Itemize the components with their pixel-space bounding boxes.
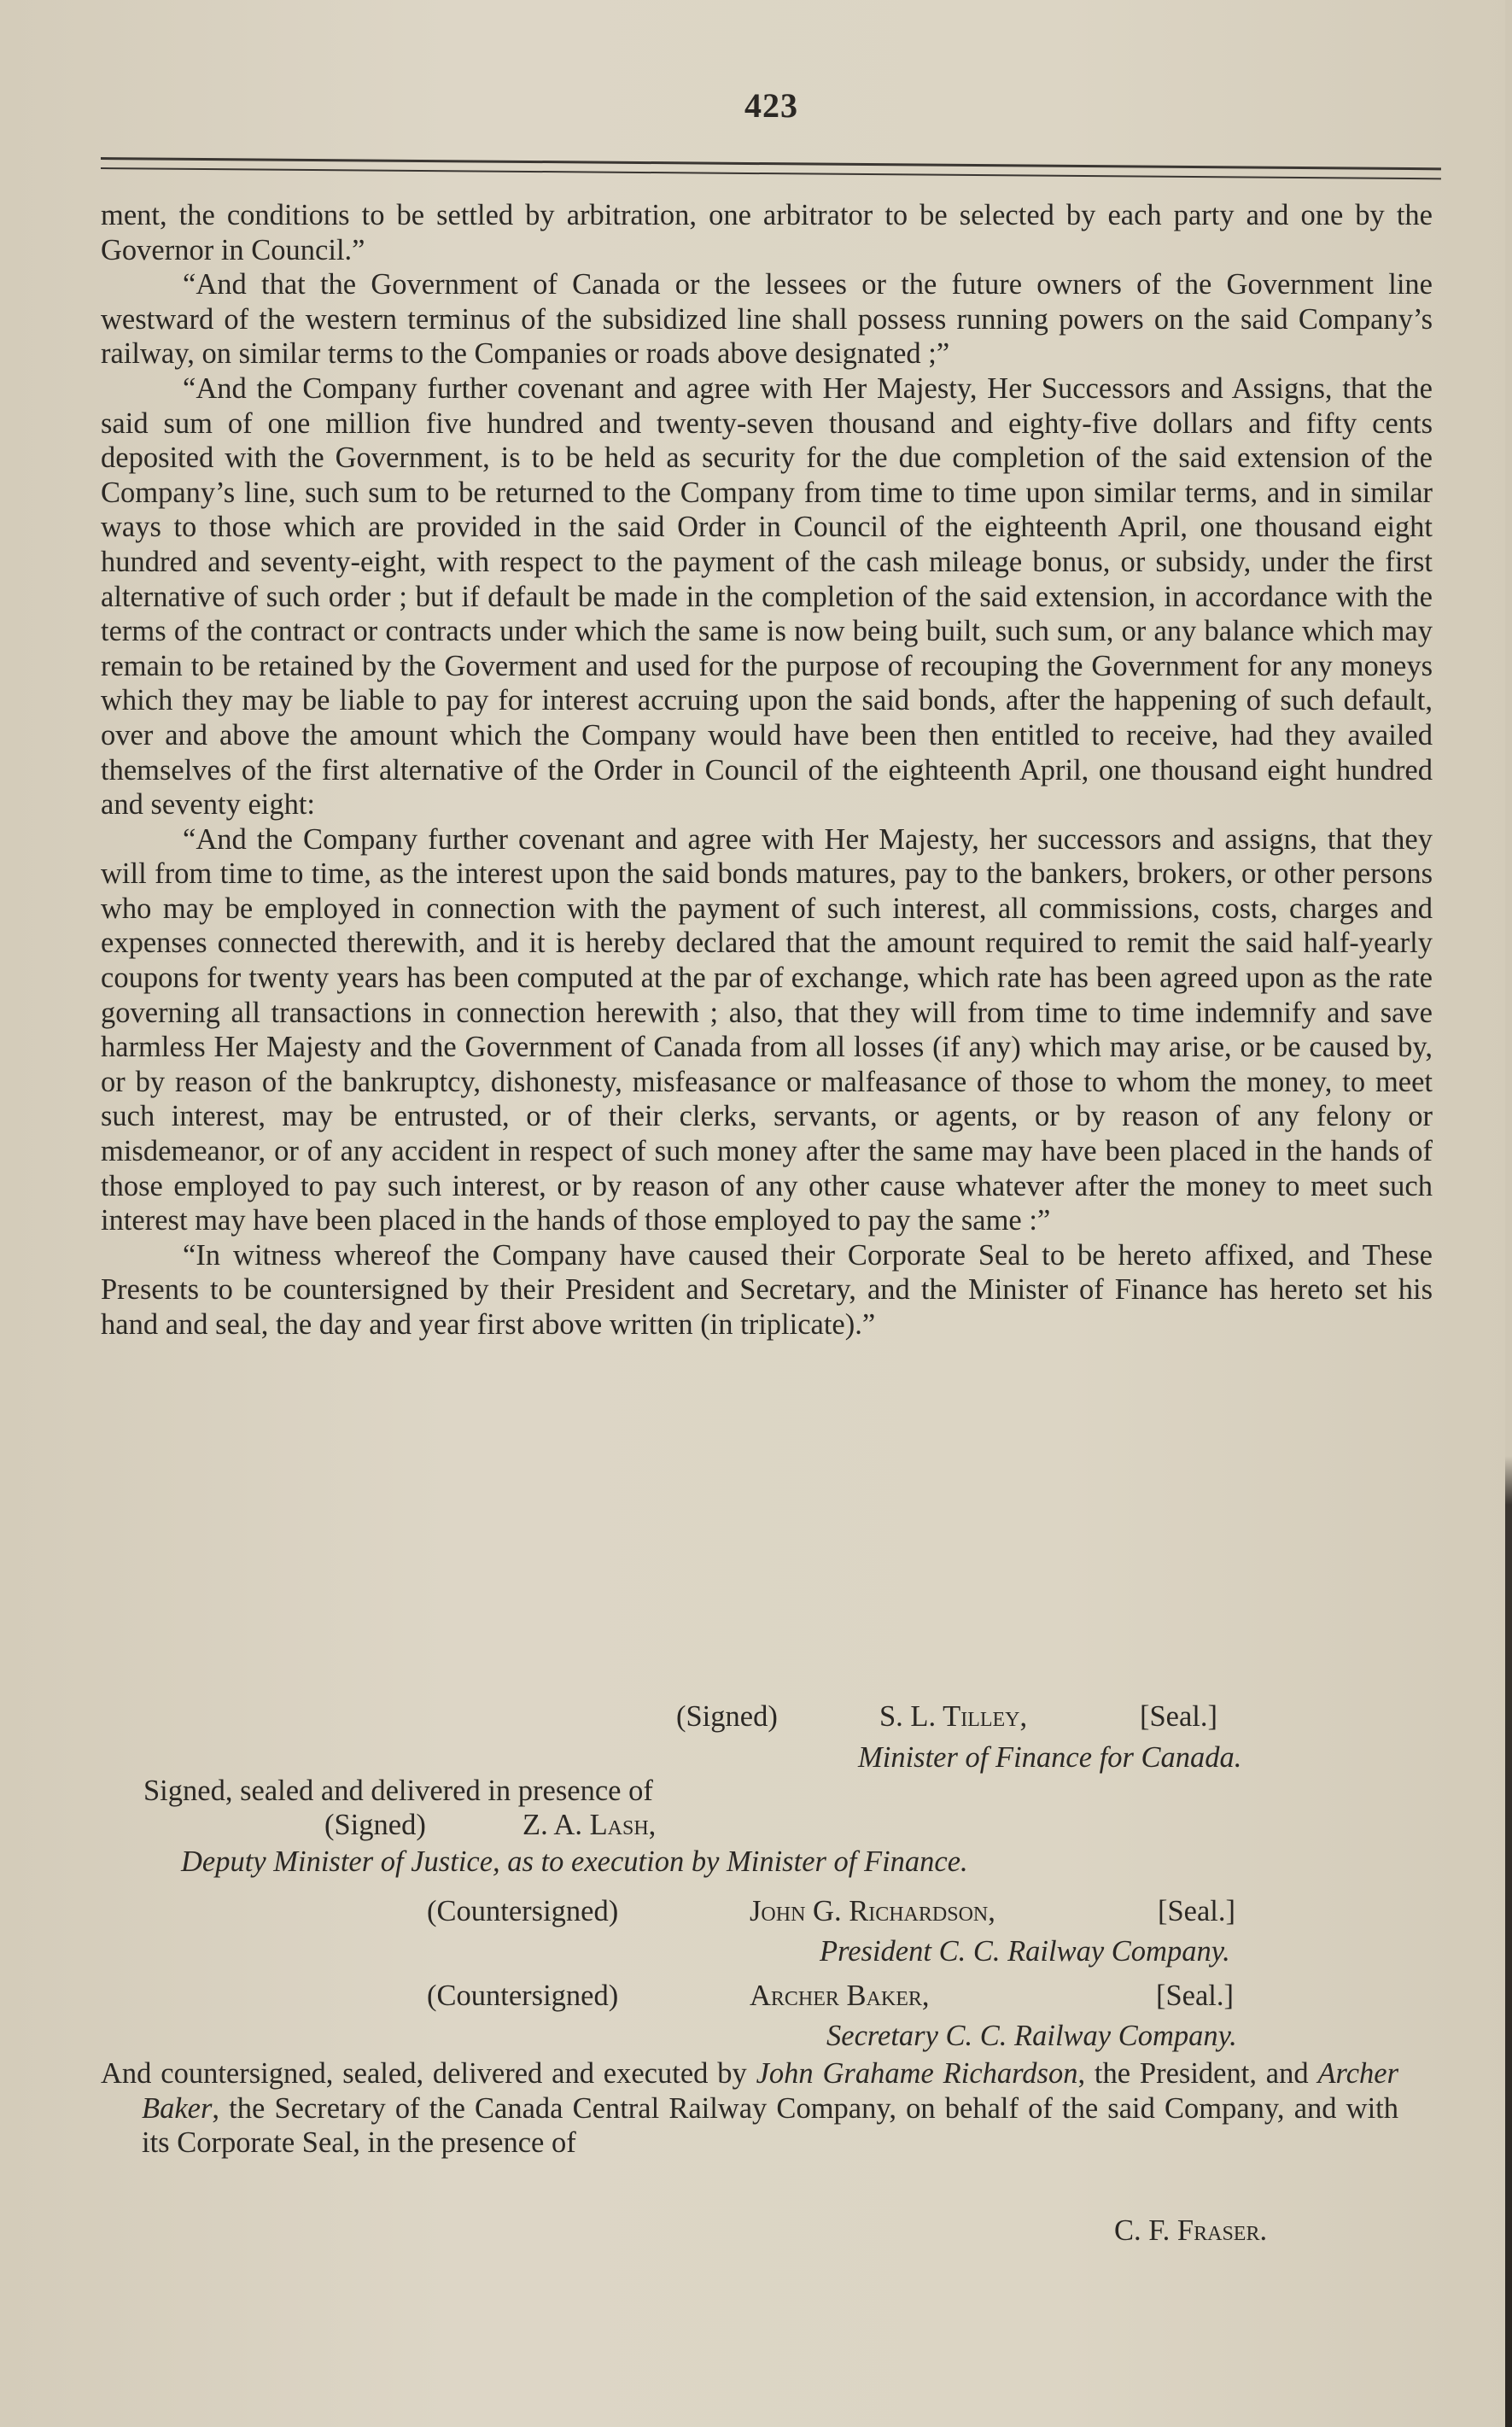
signed-label: (Signed) bbox=[676, 1699, 778, 1734]
signed-label: (Signed) bbox=[324, 1808, 426, 1842]
signatory-lash: Z. A. Lash, bbox=[522, 1808, 656, 1842]
closing-text-2: , the President, and bbox=[1077, 2057, 1317, 2090]
seal-label: [Seal.] bbox=[1156, 1979, 1234, 2013]
page-edge-shadow bbox=[1505, 0, 1512, 2427]
closing-name-richardson: John Grahame Richardson bbox=[756, 2057, 1078, 2090]
closing-text-1: And countersigned, sealed, delivered and… bbox=[101, 2057, 756, 2090]
header-rule-bottom bbox=[101, 167, 1441, 179]
body-text: ment, the conditions to be settled by ar… bbox=[101, 198, 1433, 1342]
paragraph-continuation: ment, the conditions to be settled by ar… bbox=[101, 198, 1433, 267]
paragraph-security-deposit: “And the Company further covenant and ag… bbox=[101, 371, 1433, 822]
seal-label: [Seal.] bbox=[1140, 1699, 1217, 1734]
signatory-richardson: John G. Richardson, bbox=[750, 1894, 995, 1928]
paragraph-running-powers: “And that the Government of Canada or th… bbox=[101, 267, 1433, 371]
seal-label: [Seal.] bbox=[1158, 1894, 1235, 1928]
page-number: 423 bbox=[744, 85, 798, 126]
signatory-baker: Archer Baker, bbox=[750, 1979, 930, 2013]
signatory-tilley: S. L. Tilley, bbox=[879, 1699, 1027, 1734]
title-deputy-minister: Deputy Minister of Justice, as to execut… bbox=[181, 1845, 968, 1879]
document-page: 423 ment, the conditions to be settled b… bbox=[0, 0, 1512, 2427]
closing-paragraph: And countersigned, sealed, delivered and… bbox=[101, 2056, 1398, 2161]
countersigned-label: (Countersigned) bbox=[427, 1979, 618, 2013]
title-secretary: Secretary C. C. Railway Company. bbox=[826, 2019, 1237, 2053]
title-minister-finance: Minister of Finance for Canada. bbox=[858, 1740, 1241, 1775]
closing-text-3: , the Secretary of the Canada Central Ra… bbox=[142, 2092, 1398, 2160]
paragraph-interest-payment: “And the Company further covenant and ag… bbox=[101, 822, 1433, 1238]
countersigned-label: (Countersigned) bbox=[427, 1894, 618, 1928]
witness-intro: Signed, sealed and delivered in presence… bbox=[143, 1774, 653, 1808]
title-president: President C. C. Railway Company. bbox=[820, 1934, 1230, 1968]
witness-fraser: C. F. Fraser. bbox=[1114, 2214, 1267, 2248]
paragraph-in-witness: “In witness whereof the Company have cau… bbox=[101, 1238, 1433, 1342]
